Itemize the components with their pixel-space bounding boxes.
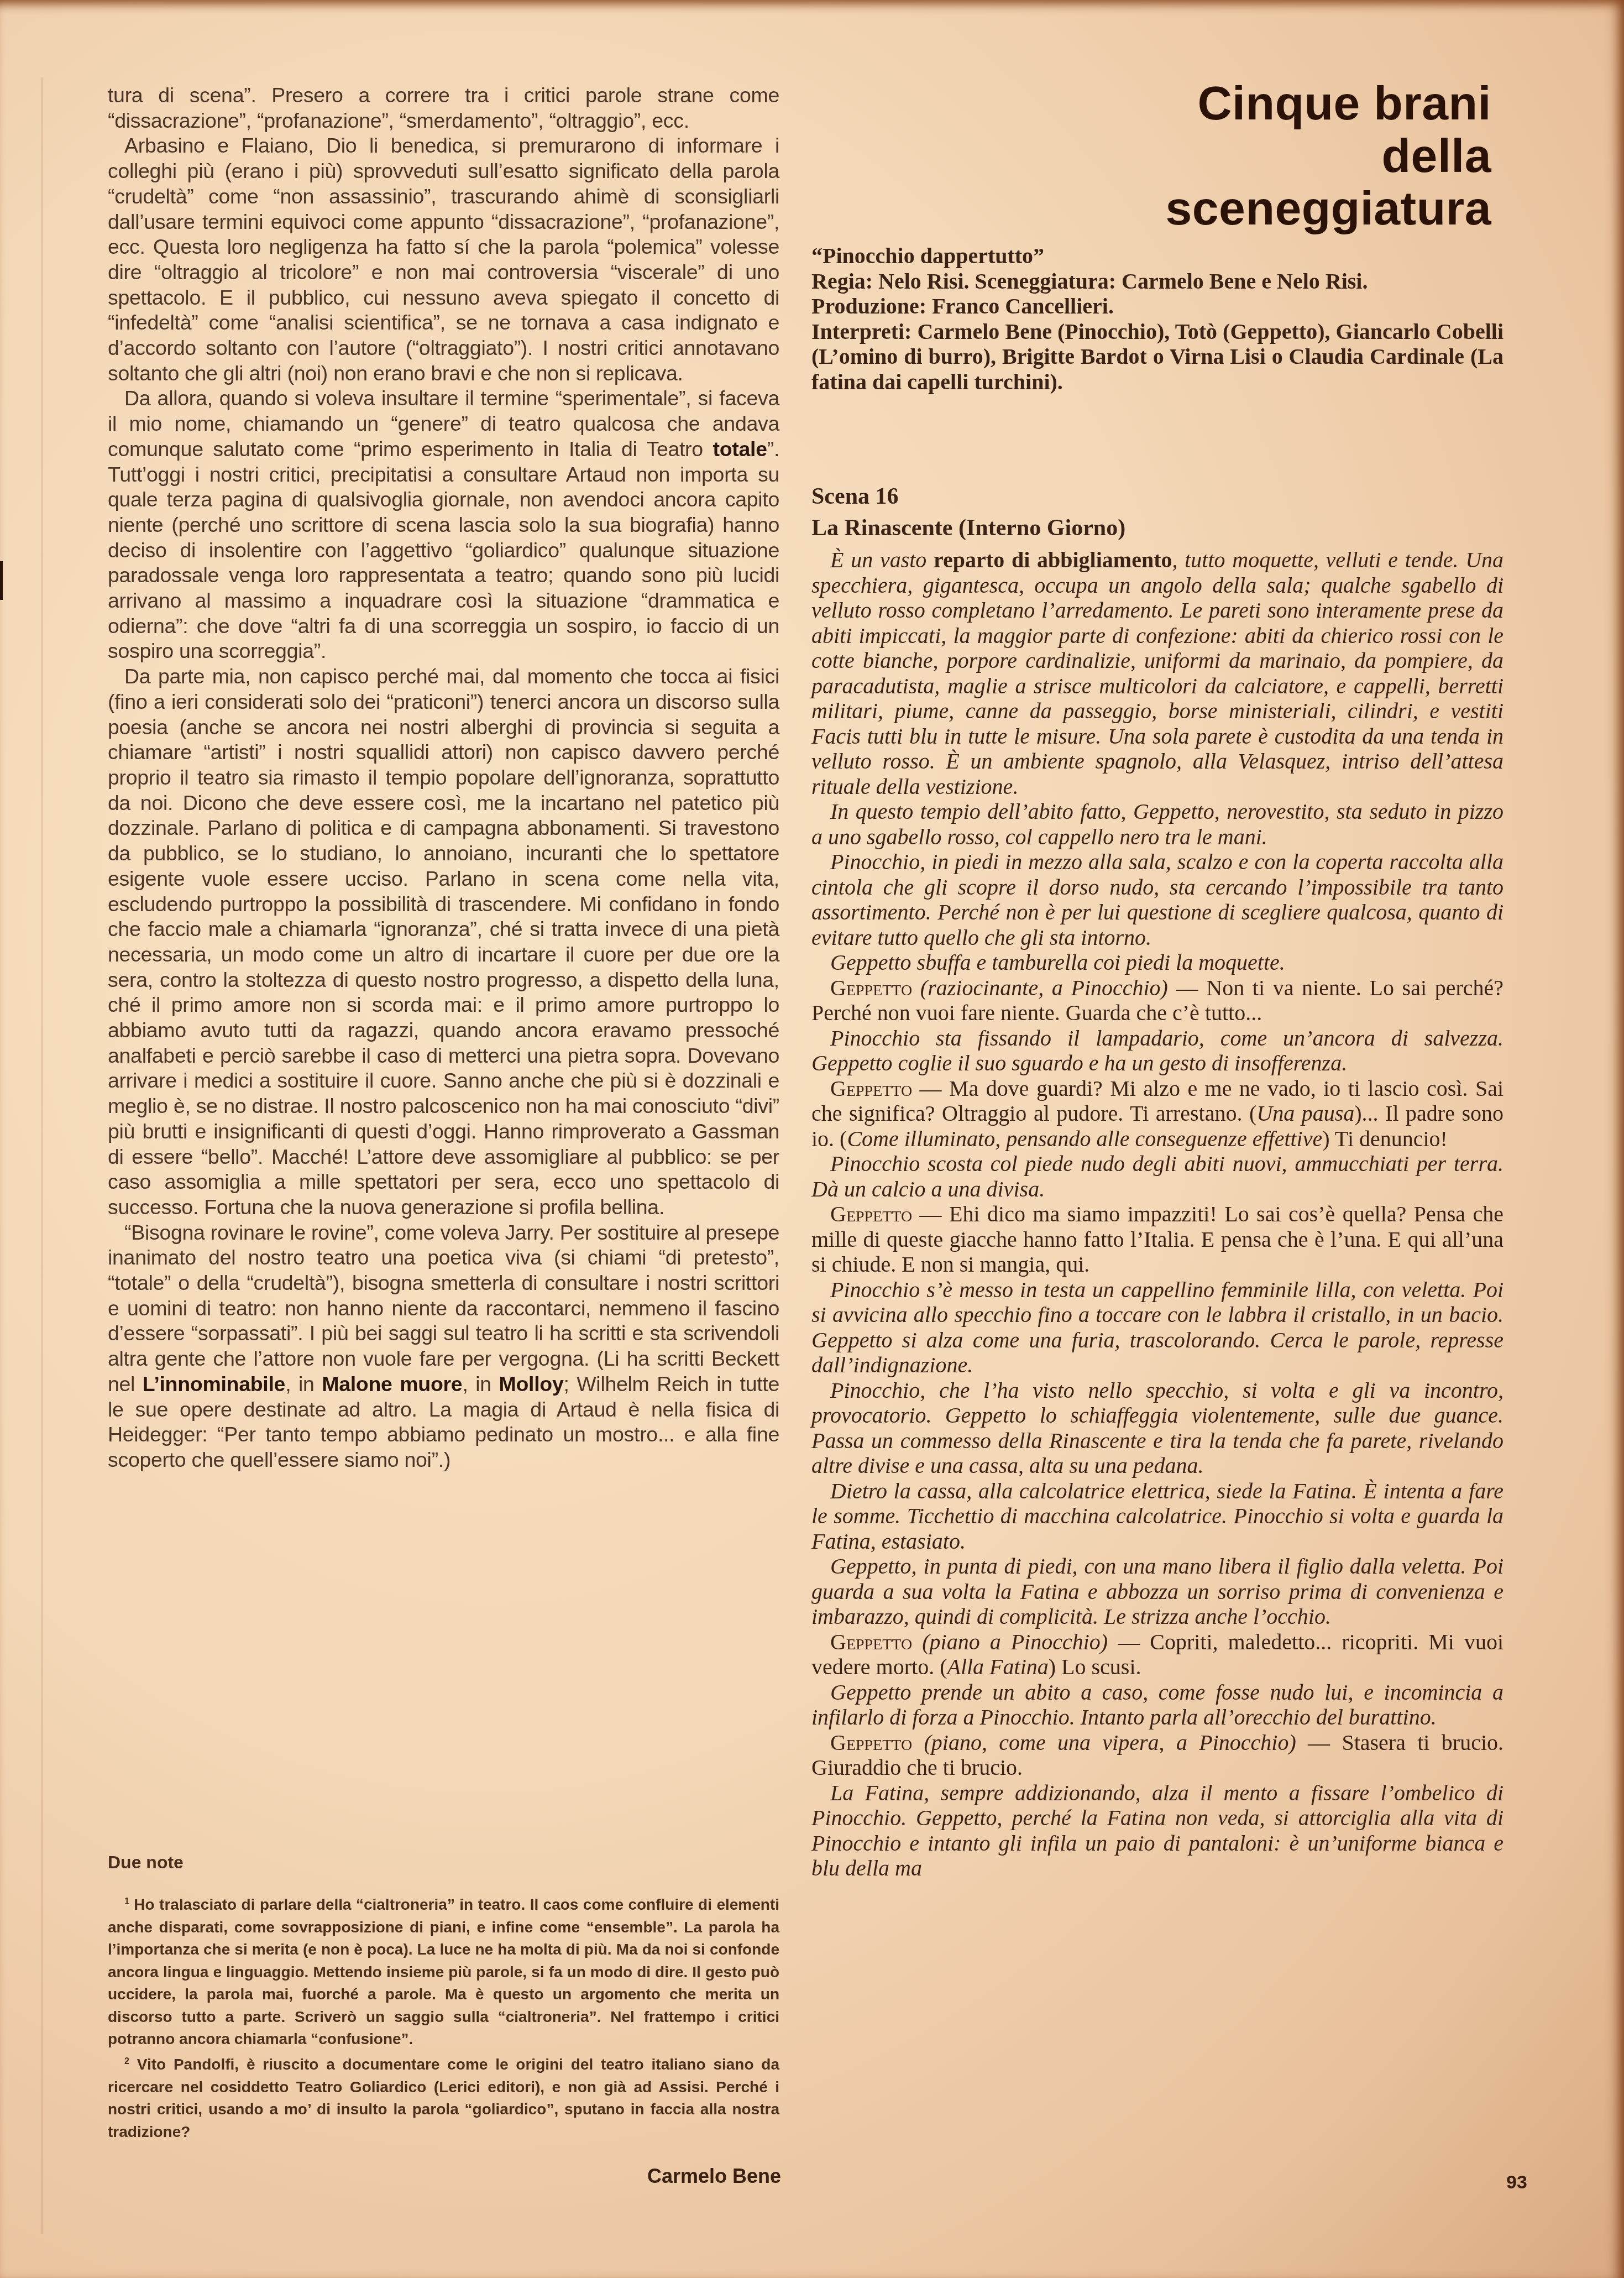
essay-paragraph-4: Da parte mia, non capisco perché mai, da…	[108, 664, 779, 1220]
section-title: Cinque brani della sceneggiatura	[994, 77, 1491, 235]
parenthetical: (piano, come una vipera, a Pinocchio)	[924, 1730, 1296, 1755]
essay-column: tura di scena”. Presero a correre tra i …	[108, 83, 779, 1473]
credit-regia: Regia: Nelo Risi. Sceneggiatura: Carmelo…	[811, 269, 1503, 294]
film-credits: “Pinocchio dappertutto” Regia: Nelo Risi…	[811, 243, 1503, 394]
margin-tab-mark	[0, 561, 3, 600]
dialogue-line: Geppetto (piano, come una vipera, a Pino…	[811, 1730, 1503, 1780]
dialogue-line: Geppetto (piano a Pinocchio) — Copriti, …	[811, 1629, 1503, 1680]
stage-direction: Pinocchio scosta col piede nudo degli ab…	[811, 1151, 1503, 1201]
stage-direction: La Fatina, sempre addizionando, alza il …	[811, 1780, 1503, 1881]
speaker-name: Geppetto	[830, 1730, 912, 1755]
stage-direction: È un vasto reparto di abbigliamento, tut…	[811, 547, 1503, 799]
book-title-malone: Malone muore	[322, 1372, 462, 1396]
scene-number: Scena 16	[811, 481, 1503, 513]
credit-interpreti: Interpreti: Carmelo Bene (Pinocchio), To…	[811, 319, 1503, 395]
speaker-name: Geppetto	[830, 1201, 912, 1226]
dialogue-line: Geppetto (raziocinante, a Pinocchio) — N…	[811, 975, 1503, 1026]
speaker-name: Geppetto	[830, 1629, 912, 1654]
book-title-innominabile: L’innominabile	[143, 1372, 285, 1396]
speaker-name: Geppetto	[830, 1076, 912, 1101]
notes-heading: Due note	[108, 1852, 184, 1873]
magazine-page: tura di scena”. Presero a correre tra i …	[0, 0, 1624, 2278]
bold-term-totale: totale	[713, 437, 767, 461]
stage-direction: Dietro la cassa, alla calcolatrice elett…	[811, 1478, 1503, 1554]
page-number: 93	[1506, 2172, 1527, 2193]
footnote-1: 1 Ho tralasciato di parlare della “cialt…	[108, 1891, 779, 2051]
stage-direction: Pinocchio sta fissando il lampadario, co…	[811, 1026, 1503, 1076]
dialogue-line: Geppetto — Ma dove guardi? Mi alzo e me …	[811, 1076, 1503, 1152]
essay-paragraph-1: tura di scena”. Presero a correre tra i …	[108, 83, 779, 133]
credit-produzione: Produzione: Franco Cancellieri.	[811, 294, 1503, 319]
footnotes: 1 Ho tralasciato di parlare della “cialt…	[108, 1891, 779, 2143]
speaker-name: Geppetto	[830, 975, 912, 1000]
dialogue-line: Geppetto — Ehi dico ma siamo impazziti! …	[811, 1201, 1503, 1277]
stage-direction: Pinocchio s’è messo in testa un cappelli…	[811, 1277, 1503, 1378]
parenthetical: Come illuminato, pensando alle conseguen…	[847, 1126, 1322, 1151]
stage-direction: Geppetto sbuffa e tamburella coi piedi l…	[811, 950, 1503, 975]
essay-paragraph-5: “Bisogna rovinare le rovine”, come volev…	[108, 1220, 779, 1473]
scene-heading: Scena 16 La Rinascente (Interno Giorno)	[811, 481, 1503, 544]
parenthetical: Una pausa	[1256, 1101, 1354, 1126]
scene-location: La Rinascente (Interno Giorno)	[811, 513, 1503, 544]
page-fold-shadow	[41, 77, 43, 2234]
author-signature: Carmelo Bene	[647, 2165, 781, 2188]
stage-direction: In questo tempio dell’abito fatto, Geppe…	[811, 799, 1503, 849]
stage-direction: Pinocchio, in piedi in mezzo alla sala, …	[811, 849, 1503, 950]
essay-paragraph-2: Arbasino e Flaiano, Dio li benedica, si …	[108, 133, 779, 386]
essay-paragraph-3: Da allora, quando si voleva insultare il…	[108, 386, 779, 664]
book-title-molloy: Molloy	[499, 1372, 564, 1396]
screenplay-text: È un vasto reparto di abbigliamento, tut…	[811, 547, 1503, 1881]
footnote-2: 2 Vito Pandolfi, è riuscito a documentar…	[108, 2051, 779, 2143]
film-title: “Pinocchio dappertutto”	[811, 243, 1503, 269]
parenthetical: Alla Fatina	[947, 1654, 1048, 1679]
stage-direction: Geppetto prende un abito a caso, come fo…	[811, 1680, 1503, 1730]
parenthetical: (piano a Pinocchio)	[922, 1629, 1108, 1654]
parenthetical: (raziocinante, a Pinocchio)	[920, 975, 1168, 1000]
stage-direction: Geppetto, in punta di piedi, con una man…	[811, 1554, 1503, 1629]
stage-direction: Pinocchio, che l’ha visto nello specchio…	[811, 1378, 1503, 1478]
